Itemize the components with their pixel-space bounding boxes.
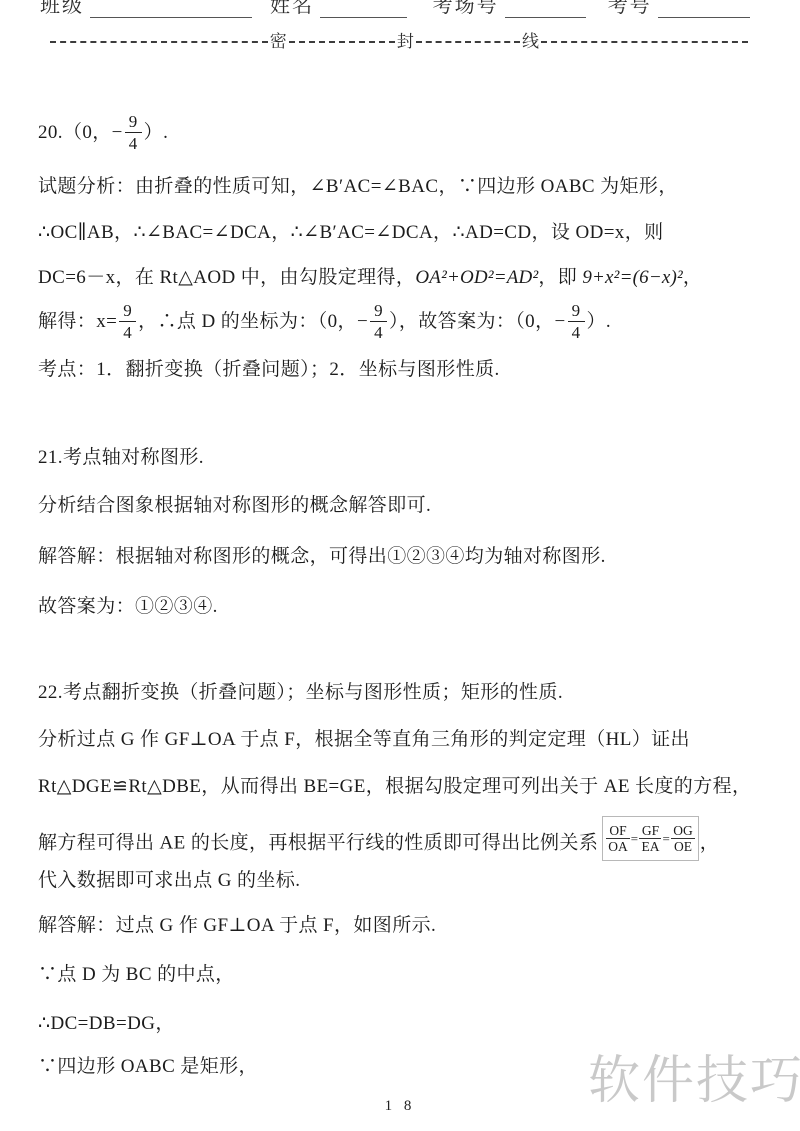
class-label: 班级 bbox=[40, 0, 90, 18]
fraction-9-4: 94 bbox=[119, 301, 136, 343]
answer-20-result: 20.（0，−94）. bbox=[38, 108, 168, 158]
q20-equation-2: 9+x²=(6−x)² bbox=[582, 267, 683, 288]
equals-sign: = bbox=[662, 831, 670, 846]
ratio-equation-box: OFOA=GFEA=OGOE bbox=[602, 816, 698, 861]
fraction-numerator: OG bbox=[671, 823, 695, 839]
fraction-numerator: 9 bbox=[125, 112, 142, 134]
fraction-numerator: 9 bbox=[370, 301, 387, 323]
q20-analysis-line-3: DC=6－x，在 Rt△AOD 中，由勾股定理得，OA²+OD²=AD²，即 9… bbox=[38, 263, 702, 293]
q21-final-answer: 故答案为：①②③④. bbox=[38, 592, 218, 622]
q20-equation-1: OA²+OD²=AD² bbox=[415, 267, 538, 288]
q20-line3-text: DC=6－x，在 Rt△AOD 中，由勾股定理得， bbox=[38, 267, 415, 288]
fraction-gf-ea: GFEA bbox=[639, 823, 661, 854]
exam-room-blank-line bbox=[505, 0, 586, 18]
q20-solve-prefix: 解得：x= bbox=[38, 311, 117, 332]
q20-solve-end: ）. bbox=[587, 311, 612, 332]
fraction-og-oe: OGOE bbox=[671, 823, 695, 854]
answer-20-prefix: 20.（0，− bbox=[38, 122, 123, 143]
seal-char-feng: 封 bbox=[395, 33, 416, 50]
q21-analysis: 分析结合图象根据轴对称图形的概念解答即可. bbox=[38, 491, 431, 521]
q20-line3-mid: ，即 bbox=[538, 267, 582, 288]
q22-solution-line-4: ∵四边形 OABC 是矩形， bbox=[38, 1052, 258, 1082]
q22-analysis-line-1: 分析过点 G 作 GF⊥OA 于点 F，根据全等直角三角形的判定定理（HL）证出 bbox=[38, 725, 690, 755]
seal-dash-segment bbox=[416, 41, 520, 43]
q20-key-points: 考点：1．翻折变换（折叠问题）；2．坐标与图形性质. bbox=[38, 355, 500, 385]
fraction-9-4: 94 bbox=[125, 112, 142, 154]
seal-line: 密 封 线 bbox=[50, 33, 748, 50]
q20-solution-line: 解得：x=94，∴点 D 的坐标为：（0，−94），故答案为：（0，−94）. bbox=[38, 297, 611, 347]
fraction-numerator: OF bbox=[606, 823, 630, 839]
q22-solution-line-1: 解答解：过点 G 作 GF⊥OA 于点 F，如图所示. bbox=[38, 911, 436, 941]
q22-key-points: 22.考点翻折变换（折叠问题）；坐标与图形性质；矩形的性质. bbox=[38, 678, 563, 708]
seal-char-mi: 密 bbox=[268, 33, 289, 50]
equals-sign: = bbox=[631, 831, 639, 846]
fraction-denominator: 4 bbox=[119, 322, 136, 343]
page-number: 1 8 bbox=[0, 1098, 800, 1115]
seal-dash-segment bbox=[289, 41, 395, 43]
fraction-9-4: 94 bbox=[370, 301, 387, 343]
q20-solve-mid-2: ），故答案为：（0，− bbox=[389, 311, 566, 332]
seal-char-xian: 线 bbox=[520, 33, 541, 50]
seal-dash-segment bbox=[50, 41, 268, 43]
name-blank-line bbox=[320, 0, 407, 18]
q21-solution: 解答解：根据轴对称图形的概念，可得出①②③④均为轴对称图形. bbox=[38, 542, 606, 572]
q20-analysis-line-1: 试题分析：由折叠的性质可知，∠B′AC=∠BAC，∵四边形 OABC 为矩形， bbox=[38, 172, 678, 202]
exam-answer-page: 班级 姓名 考场号 考号 密 封 线 20.（0，−94）. 试题分析：由折叠的… bbox=[0, 0, 800, 1131]
student-info-header: 班级 姓名 考场号 考号 bbox=[40, 0, 750, 18]
q22-analysis-line-3: 解方程可得出 AE 的长度，再根据平行线的性质即可得出比例关系OFOA=GFEA… bbox=[38, 822, 719, 867]
q22-ratio-suffix: ， bbox=[700, 833, 719, 854]
fraction-numerator: 9 bbox=[119, 301, 136, 323]
exam-room-label: 考场号 bbox=[433, 0, 505, 18]
q20-analysis-line-2: ∴OC∥AB，∴∠BAC=∠DCA，∴∠B′AC=∠DCA，∴AD=CD，设 O… bbox=[38, 218, 664, 248]
q22-analysis-line-2: Rt△DGE≌Rt△DBE，从而得出 BE=GE，根据勾股定理可列出关于 AE … bbox=[38, 772, 751, 802]
fraction-denominator: 4 bbox=[568, 322, 585, 343]
fraction-numerator: GF bbox=[639, 823, 661, 839]
fraction-numerator: 9 bbox=[568, 301, 585, 323]
fraction-denominator: EA bbox=[639, 839, 661, 854]
exam-number-blank-line bbox=[658, 0, 750, 18]
fraction-denominator: OE bbox=[671, 839, 695, 854]
fraction-9-4: 94 bbox=[568, 301, 585, 343]
q22-solution-line-3: ∴DC=DB=DG， bbox=[38, 1009, 175, 1039]
class-blank-line bbox=[90, 0, 252, 18]
q21-key-points: 21.考点轴对称图形. bbox=[38, 443, 204, 473]
answer-20-suffix: ）. bbox=[144, 122, 169, 143]
q22-ratio-prefix: 解方程可得出 AE 的长度，再根据平行线的性质即可得出比例关系 bbox=[38, 833, 598, 854]
seal-dash-segment bbox=[541, 41, 748, 43]
fraction-of-oa: OFOA bbox=[606, 823, 630, 854]
q22-analysis-line-4: 代入数据即可求出点 G 的坐标. bbox=[38, 866, 300, 896]
q20-line3-end: ， bbox=[683, 267, 702, 288]
fraction-denominator: OA bbox=[606, 839, 630, 854]
q20-solve-mid-1: ，∴点 D 的坐标为：（0，− bbox=[138, 311, 368, 332]
fraction-denominator: 4 bbox=[370, 322, 387, 343]
exam-number-label: 考号 bbox=[608, 0, 658, 18]
name-label: 姓名 bbox=[270, 0, 320, 18]
q22-solution-line-2: ∵点 D 为 BC 的中点， bbox=[38, 960, 235, 990]
fraction-denominator: 4 bbox=[125, 133, 142, 154]
